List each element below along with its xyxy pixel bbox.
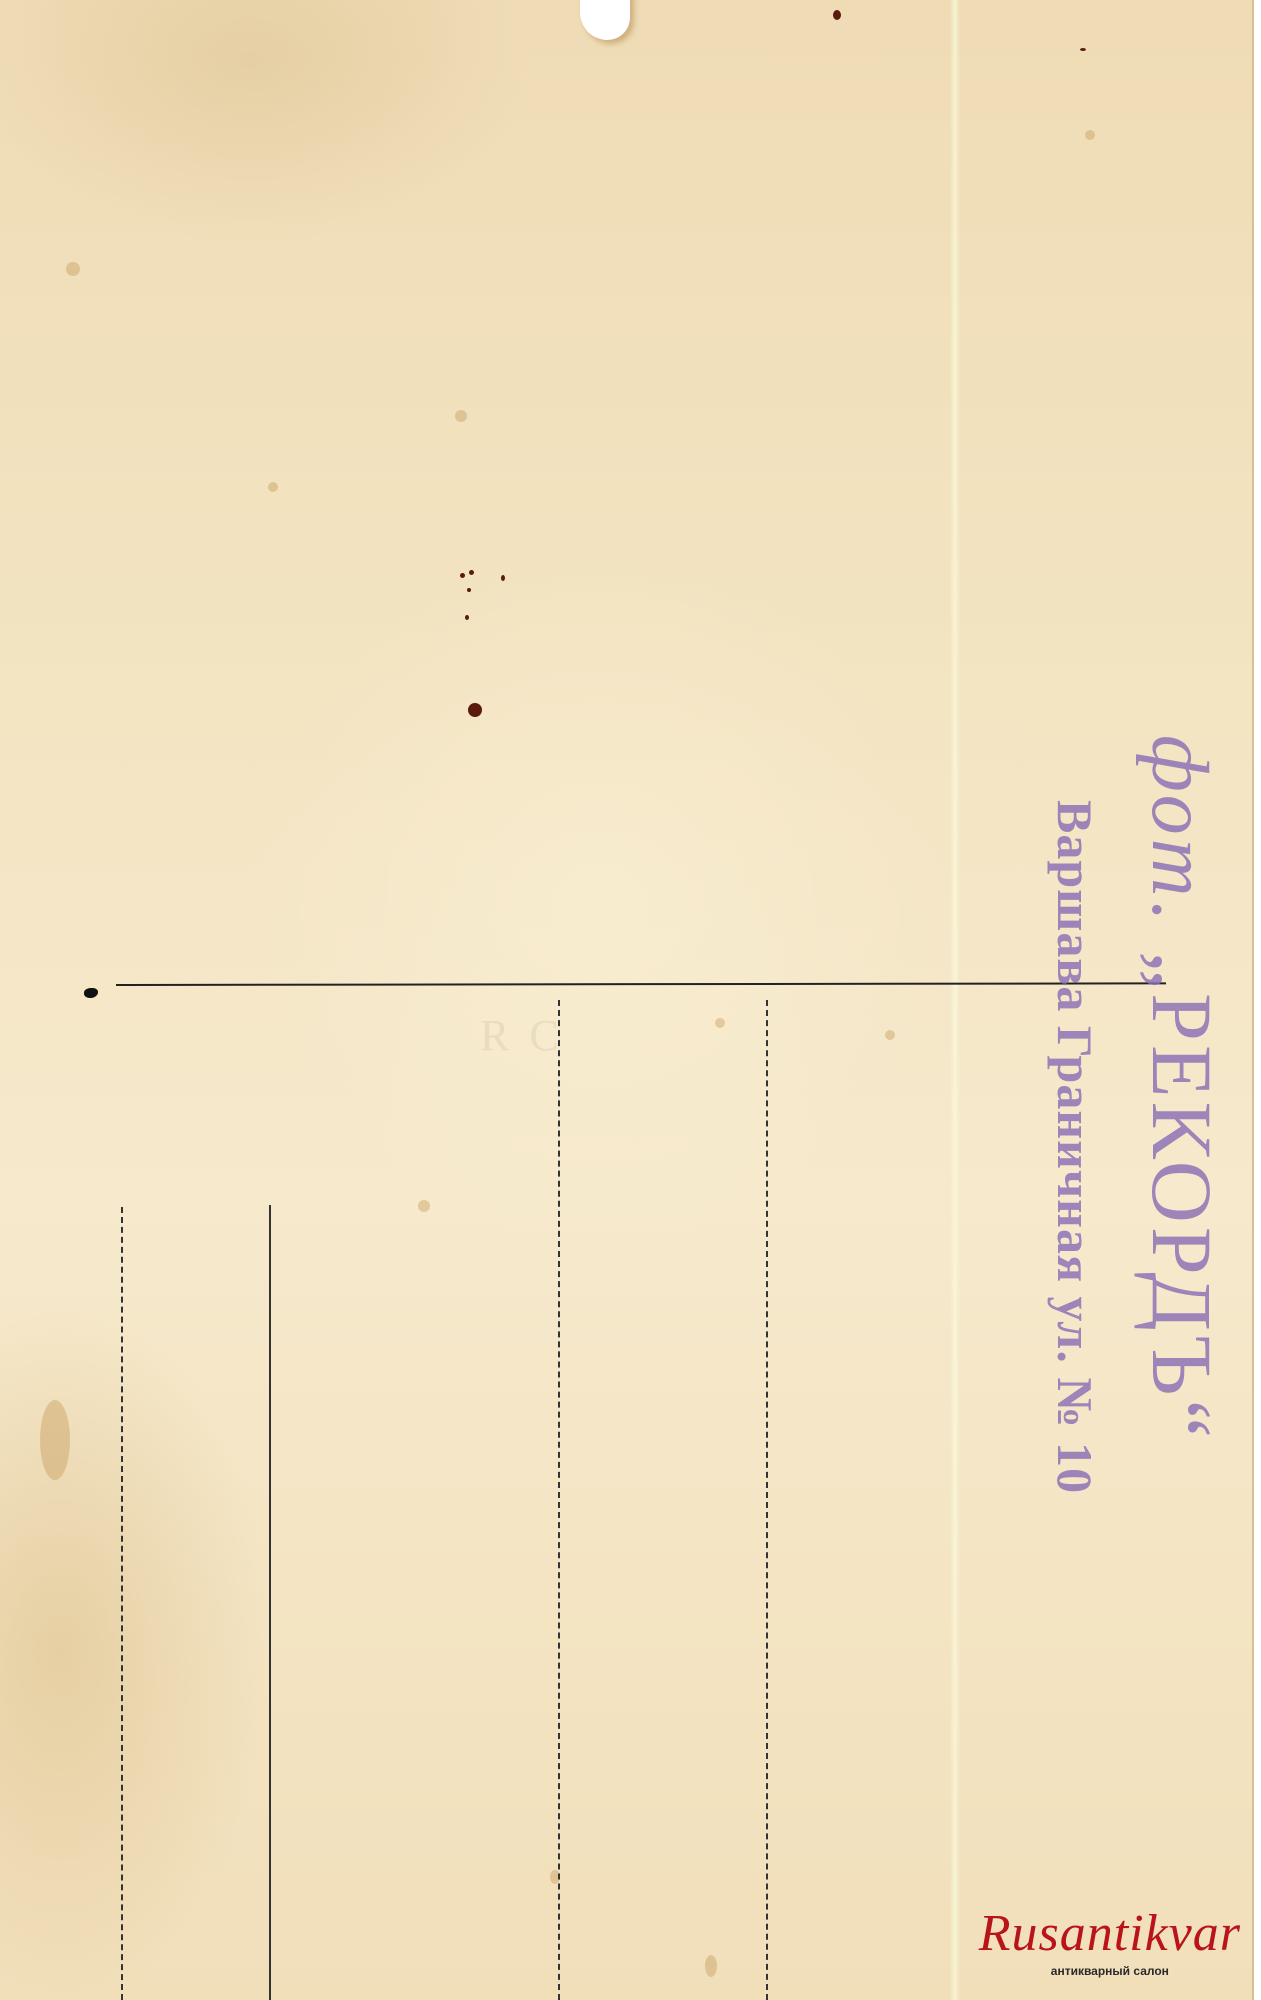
foxing-spot	[715, 1018, 725, 1028]
ink-speck	[469, 570, 474, 575]
divider-line	[116, 982, 1166, 986]
ink-speck	[501, 575, 505, 581]
ink-blot	[84, 988, 98, 998]
ink-speck	[833, 10, 841, 20]
watermark-subtitle: антикварный салон	[979, 1964, 1241, 1978]
address-line-solid	[269, 1205, 271, 2000]
photographer-stamp-address: Варшава Граничная ул. № 10	[1046, 800, 1104, 1494]
postcard-back: RC фот. „РЕКОРДЪ“ Варшава Граничная ул. …	[0, 0, 1254, 2000]
paper-tear	[580, 0, 630, 40]
address-line-dashed	[766, 1000, 768, 2000]
foxing-spot	[40, 1400, 70, 1480]
foxing-spot	[885, 1030, 895, 1040]
ghost-print: RC	[480, 1010, 579, 1061]
ink-speck	[468, 703, 482, 717]
address-line-dashed	[121, 1207, 123, 2000]
foxing-spot	[455, 410, 467, 422]
stamp-prefix: фот.	[1135, 735, 1223, 926]
stamp-studio-name: „РЕКОРДЪ“	[1134, 951, 1230, 1442]
ink-speck	[460, 573, 465, 578]
foxing-spot	[1085, 130, 1095, 140]
foxing-spot	[418, 1200, 430, 1212]
photographer-stamp-name: фот. „РЕКОРДЪ“	[1132, 735, 1232, 1442]
foxing-spot	[268, 482, 278, 492]
watermark-title: Rusantikvar	[979, 1908, 1241, 1960]
watermark: Rusantikvar антикварный салон	[979, 1908, 1241, 1978]
address-line-dashed	[558, 1000, 560, 2000]
ink-speck	[1080, 48, 1086, 51]
ink-speck	[467, 588, 471, 592]
ink-speck	[465, 615, 469, 620]
foxing-spot	[705, 1955, 717, 1977]
foxing-spot	[66, 262, 80, 276]
paper-light-stripe	[950, 0, 960, 2000]
